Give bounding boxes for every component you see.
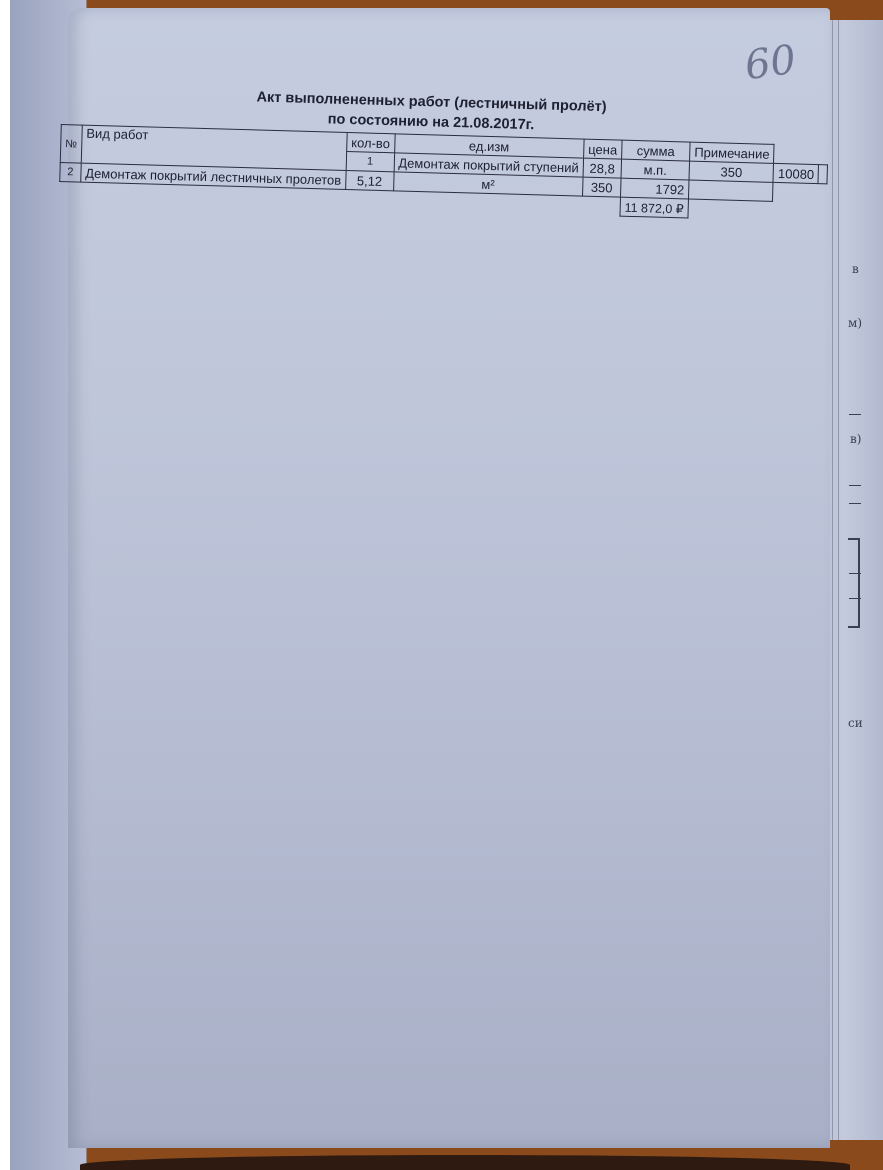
cell-note (689, 180, 774, 201)
handwritten-page-number: 60 (742, 37, 799, 90)
header-sum: сумма (621, 140, 690, 161)
cell-no: 2 (60, 162, 81, 182)
background-text-fragment: в (852, 262, 859, 276)
cell-sum: 10080 (773, 163, 819, 183)
background-dash (849, 485, 861, 486)
cell-qty: 5,12 (345, 170, 393, 190)
background-text-fragment: м) (848, 316, 862, 330)
background-bracket (848, 538, 860, 628)
total-sum: 11 872,0 ₽ (620, 197, 689, 218)
cell-no: 1 (346, 151, 394, 171)
background-dash (849, 503, 861, 504)
background-dash (849, 598, 861, 599)
act-document: Акт выполнененных работ (лестничный прол… (59, 82, 732, 220)
cell-price: 350 (689, 161, 774, 182)
background-text-fragment: си (848, 716, 863, 730)
cell-unit: м.п. (621, 159, 690, 180)
header-price: цена (584, 139, 622, 159)
header-note: Примечание (690, 142, 775, 163)
cell-sum: 1792 (620, 178, 689, 199)
background-dash (849, 573, 861, 574)
table-surface (80, 1155, 850, 1170)
cell-qty: 28,8 (583, 158, 621, 178)
cell-price: 350 (582, 177, 620, 197)
background-dash (849, 414, 861, 415)
background-text-fragment: в) (850, 432, 861, 446)
cell-note (818, 165, 828, 184)
header-qty: кол-во (346, 132, 394, 152)
header-no: № (60, 124, 82, 163)
